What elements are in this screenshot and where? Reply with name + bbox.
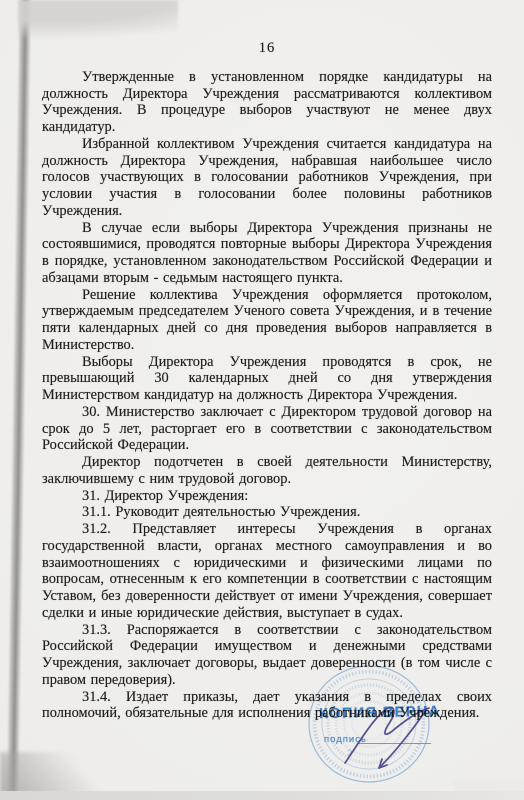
- document-body: 16 Утвержденные в установленном порядке …: [42, 40, 492, 722]
- paragraph: 31.2. Представляет интересы Учреждения в…: [42, 521, 492, 622]
- scan-shadow-bottom-left: [0, 752, 135, 794]
- paragraph: 31. Директор Учреждения:: [42, 488, 492, 505]
- scanned-document-page: { "page": { "number": "16" }, "document"…: [0, 0, 524, 800]
- handwritten-signature: [295, 655, 463, 790]
- scan-edge-bottom: [0, 791, 524, 800]
- paragraph: Решение коллектива Учреждения оформляетс…: [42, 287, 492, 354]
- page-number: 16: [42, 40, 492, 57]
- paragraph: Избранной коллективом Учреждения считает…: [42, 136, 492, 220]
- paragraph: Директор подотчетен в своей деятельности…: [42, 454, 492, 488]
- scan-edge-bottom-right: [454, 780, 524, 791]
- copy-stamp: КОПИЯ ВЕРНА подпись 2: [295, 655, 463, 790]
- paragraph: В случае если выборы Директора Учреждени…: [42, 220, 492, 287]
- scan-shadow-top-left: [18, 0, 178, 38]
- paragraphs: Утвержденные в установленном порядке кан…: [42, 69, 492, 722]
- paragraph: Утвержденные в установленном порядке кан…: [42, 69, 492, 136]
- paragraph: 31.1. Руководит деятельностью Учреждения…: [42, 504, 492, 521]
- paragraph: 30. Министерство заключает с Директором …: [42, 404, 492, 454]
- paragraph: Выборы Директора Учреждения проводятся в…: [42, 354, 492, 404]
